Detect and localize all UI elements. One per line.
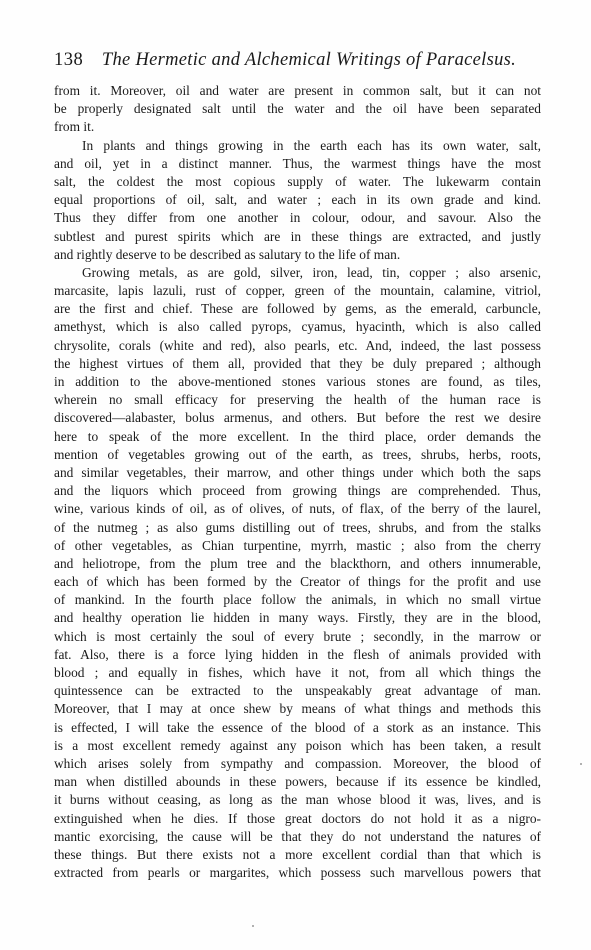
- text-line: each of which has been formed by the Cre…: [54, 573, 541, 591]
- text-line: are the first and chief. These are follo…: [54, 300, 541, 318]
- text-line: mantic exorcising, the cause will be tha…: [54, 828, 541, 846]
- text-line: Moreover, that I may at once shew by mea…: [54, 700, 541, 718]
- text-line: and oil, yet in a distinct manner. Thus,…: [54, 155, 541, 173]
- text-line: extinguished when he dies. If those grea…: [54, 810, 541, 828]
- text-line: and rightly deserve to be described as s…: [54, 246, 541, 264]
- text-line: man when distilled abounds in these powe…: [54, 773, 541, 791]
- paragraph: In plants and things growing in the eart…: [54, 137, 541, 264]
- book-page: 138 The Hermetic and Alchemical Writings…: [0, 0, 591, 950]
- text-line: salt, the coldest the most copious suppl…: [54, 173, 541, 191]
- text-line: quintessence can be extracted to the uns…: [54, 682, 541, 700]
- scan-speck: [405, 91, 407, 93]
- text-line: from it.: [54, 118, 541, 136]
- page-number: 138: [54, 50, 83, 70]
- text-line: marcasite, lapis lazuli, rust of copper,…: [54, 282, 541, 300]
- text-line: these things. But there exists not a mor…: [54, 846, 541, 864]
- paragraph: from it. Moreover, oil and water are pre…: [54, 82, 541, 137]
- text-line: fat. Also, there is a force lying hidden…: [54, 646, 541, 664]
- text-line: from it. Moreover, oil and water are pre…: [54, 82, 541, 100]
- text-line: here to speak of the more excellent. In …: [54, 428, 541, 446]
- text-line: wine, various kinds of oil, as of olives…: [54, 500, 541, 518]
- text-line: which is most certainly the soul of ever…: [54, 628, 541, 646]
- text-line: wherein no small efficacy for preserving…: [54, 391, 541, 409]
- paragraph: Growing metals, as are gold, silver, iro…: [54, 264, 541, 882]
- text-line: and similar vegetables, their marrow, an…: [54, 464, 541, 482]
- text-line: amethyst, which is also called pyrops, c…: [54, 318, 541, 336]
- body-text: from it. Moreover, oil and water are pre…: [54, 82, 541, 882]
- text-line: it burns without ceasing, as long as the…: [54, 791, 541, 809]
- text-line: is effected, I will take the essence of …: [54, 719, 541, 737]
- running-title: The Hermetic and Alchemical Writings of …: [102, 50, 516, 70]
- text-line: equal proportions of oil, salt, and wate…: [54, 191, 541, 209]
- text-line: is a most excellent remedy against any p…: [54, 737, 541, 755]
- text-line: of the nutmeg ; as also gums distilling …: [54, 519, 541, 537]
- text-line: mention of vegetables growing out of the…: [54, 446, 541, 464]
- text-line: and the liquors which proceed from growi…: [54, 482, 541, 500]
- text-line: and heliotrope, from the plum tree and t…: [54, 555, 541, 573]
- text-line: blood ; and equally in fishes, which hav…: [54, 664, 541, 682]
- text-line: and healthy operation lie hidden in many…: [54, 609, 541, 627]
- running-head: 138 The Hermetic and Alchemical Writings…: [54, 47, 544, 73]
- text-line: chrysolite, corals (white and red), also…: [54, 337, 541, 355]
- text-line: In plants and things growing in the eart…: [54, 137, 541, 155]
- text-line: Thus they differ from one another in col…: [54, 209, 541, 227]
- text-line: subtlest and purest spirits which are in…: [54, 228, 541, 246]
- text-line: of mankind. In the fourth place follow t…: [54, 591, 541, 609]
- scan-speck: [580, 763, 582, 765]
- text-line: in addition to the above-mentioned stone…: [54, 373, 541, 391]
- text-line: Growing metals, as are gold, silver, iro…: [54, 264, 541, 282]
- text-line: of other vegetables, as Chian turpentine…: [54, 537, 541, 555]
- text-line: extracted from pearls or margarites, whi…: [54, 864, 541, 882]
- text-line: discovered—alabaster, bolus armenus, and…: [54, 409, 541, 427]
- text-line: be properly designated salt until the wa…: [54, 100, 541, 118]
- scan-speck: [252, 925, 254, 927]
- text-line: the highest virtues of them all, provide…: [54, 355, 541, 373]
- text-line: which arises solely from sympathy and co…: [54, 755, 541, 773]
